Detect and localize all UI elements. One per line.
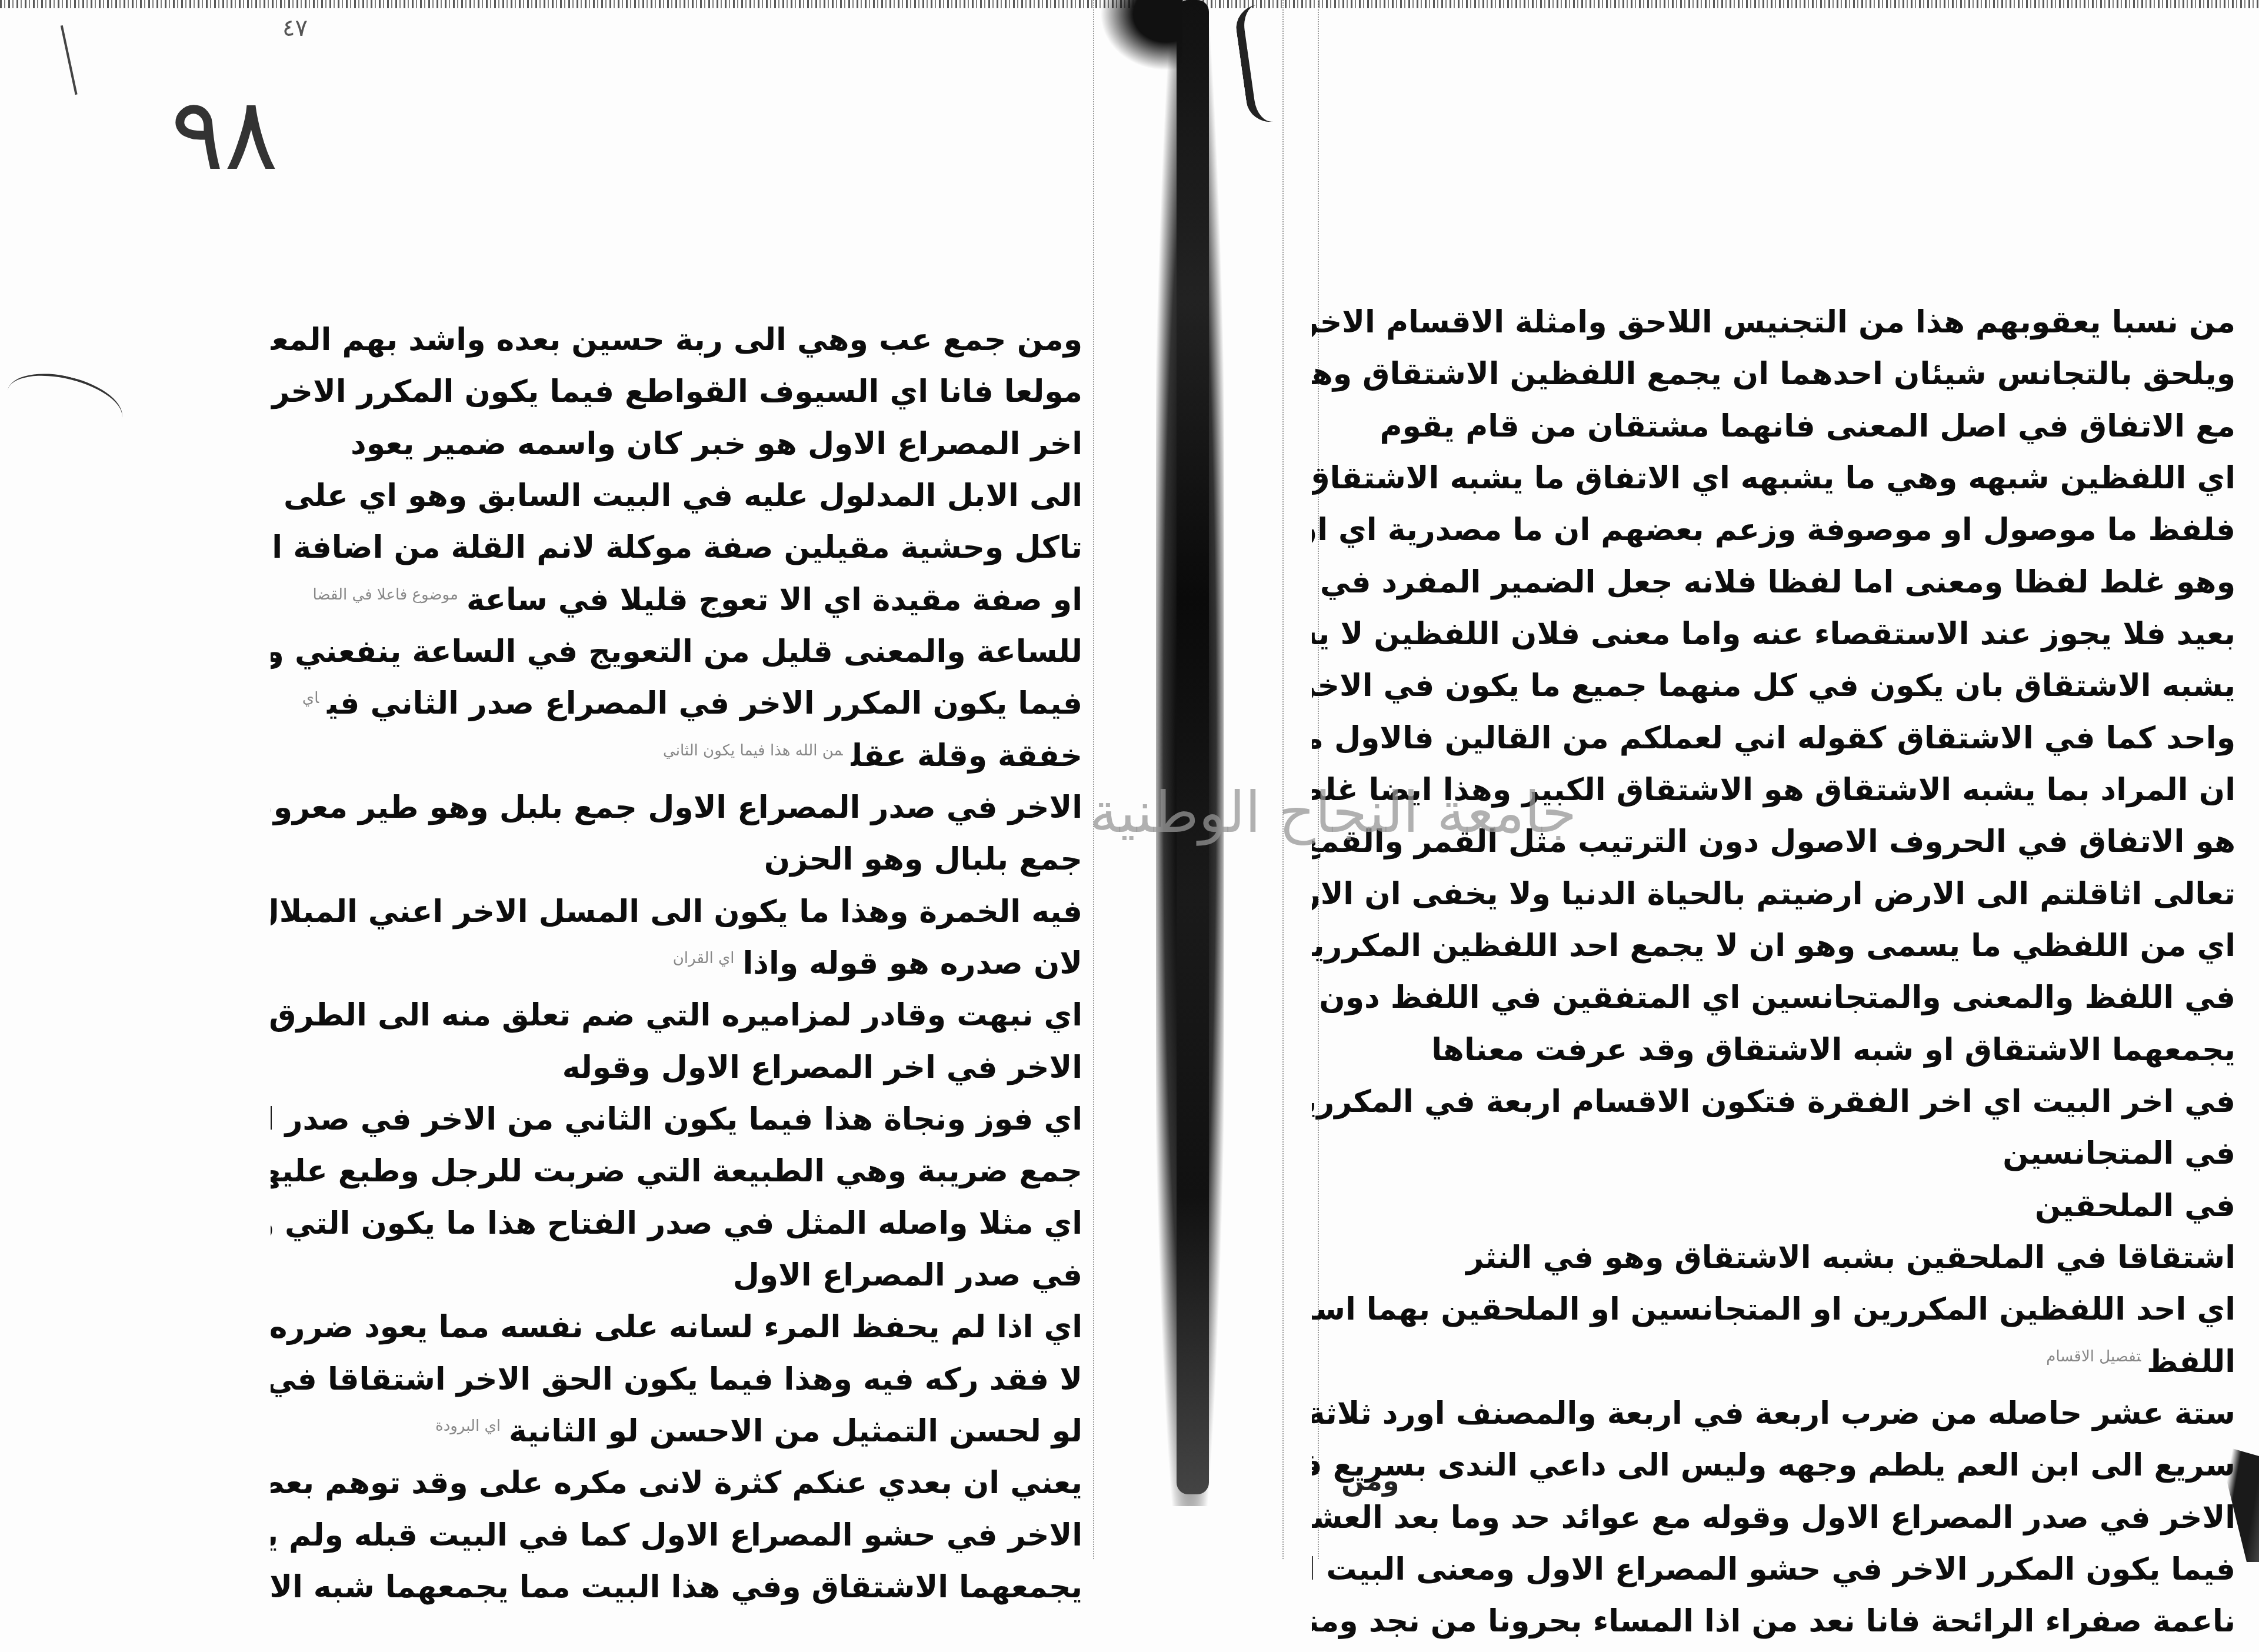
text-line: للساعة والمعنى قليل من التعويج في الساعة… bbox=[271, 624, 1082, 675]
text-line: وهو غلط لفظا ومعنى اما لفظا فلانه جعل ال… bbox=[1312, 554, 2235, 606]
text-line: فيما يكون المكرر الاخر في المصراع صدر ال… bbox=[271, 675, 1082, 727]
text-line: في المتجانسين bbox=[1312, 1125, 2235, 1177]
text-line: يجمعهما الاشتقاق او شبه الاشتقاق وقد عرف… bbox=[1312, 1022, 2235, 1074]
text-line: اي مثلا واصله المثل في صدر الفتاح هذا ما… bbox=[271, 1195, 1082, 1247]
text-line: ناعمة صفراء الرائحة فانا نعد من اذا المس… bbox=[1312, 1593, 2235, 1645]
text-line: في صدر المصراع الاول bbox=[271, 1247, 1082, 1299]
text-line: بعيد فلا يجوز عند الاستقصاء عنه واما معن… bbox=[1312, 606, 2235, 658]
text-line: اي من اللفظي ما يسمى وهو ان لا يجمع احد … bbox=[1312, 918, 2235, 970]
text-line: مولعا فانا اي السيوف القواطع فيما يكون ا… bbox=[271, 364, 1082, 415]
text-line: اي احد اللفظين المكررين او المتجانسين او… bbox=[1312, 1281, 2235, 1333]
text-line: جمع ضريبة وهي الطبيعة التي ضربت للرجل وط… bbox=[271, 1143, 1082, 1195]
text-line: لان صدره هو قوله واذااي القران bbox=[271, 935, 1082, 987]
library-watermark: جامعة النجاح الوطنية bbox=[959, 780, 1577, 845]
text-line: في الملحقين bbox=[1312, 1178, 2235, 1230]
text-line: خفقة وقلة عقلمن الله هذا فيما يكون الثان… bbox=[271, 728, 1082, 780]
book-spine bbox=[1177, 0, 1209, 1494]
text-line: تعالى اثاقلتم الى الارض ارضيتم بالحياة ا… bbox=[1312, 866, 2235, 918]
text-line: في اللفظ والمعنى والمتجانسين اي المتفقين… bbox=[1312, 970, 2235, 1021]
text-line: يجمعهما الاشتقاق وفي هذا البيت مما يجمعه… bbox=[271, 1559, 1082, 1611]
text-line: الاخر في حشو المصراع الاول كما في البيت … bbox=[271, 1507, 1082, 1559]
text-line: اي اذا لم يحفظ المرء لسانه على نفسه مما … bbox=[271, 1299, 1082, 1351]
text-line: ومن جمع عب وهي الى ربة حسين بعده واشد به… bbox=[271, 312, 1082, 364]
spine-ink-blot bbox=[1100, 0, 1182, 71]
text-line: لا فقد ركه فيه وهذا فيما يكون الحق الاخر… bbox=[271, 1351, 1082, 1403]
folio-number: ٩٨ bbox=[171, 76, 278, 193]
text-line: واحد كما في الاشتقاق كقوله اني لعملكم من… bbox=[1312, 710, 2235, 762]
text-line: او صفة مقيدة اي الا تعوج قليلا في ساعةمو… bbox=[271, 572, 1082, 624]
text-line: يعني ان بعدي عنكم كثرة لانى مكره على وقد… bbox=[271, 1455, 1082, 1507]
text-line: يشبه الاشتقاق بان يكون في كل منهما جميع … bbox=[1312, 658, 2235, 710]
text-line: اي فوز ونجاة هذا فيما يكون الثاني من الا… bbox=[271, 1091, 1082, 1143]
catchword: ومن bbox=[1341, 1465, 1399, 1497]
text-line: الى الابل المدلول عليه في البيت السابق و… bbox=[271, 468, 1082, 519]
text-line: ويلحق بالتجانس شيئان احدهما ان يجمع اللف… bbox=[1312, 346, 2235, 398]
text-line: في اخر البيت اي اخر الفقرة فتكون الاقسام… bbox=[1312, 1074, 2235, 1125]
text-line: لو لحسن التمثيل من الاحسن لو الثانيةاي ا… bbox=[271, 1403, 1082, 1455]
text-line: فلفظ ما موصول او موصوفة وزعم بعضهم ان ما… bbox=[1312, 502, 2235, 554]
text-line: تاكل وحشية مقيلين صفة موكلة لانم القلة م… bbox=[271, 519, 1082, 571]
text-line: اي اللفظين شبهه وهي ما يشبهه اي الاتفاق … bbox=[1312, 450, 2235, 502]
text-line: من نسبا يعقوبهم هذا من التجنيس اللاحق وا… bbox=[1312, 294, 2235, 346]
right-page-text: من نسبا يعقوبهم هذا من التجنيس اللاحق وا… bbox=[1312, 294, 2235, 1646]
text-line: الاخر في صدر المصراع الاول وقوله مع عوائ… bbox=[1312, 1490, 2235, 1541]
text-line: اللفظتفصيل الاقسام bbox=[1312, 1334, 2235, 1385]
text-line: الاخر في اخر المصراع الاول وقوله bbox=[271, 1040, 1082, 1091]
left-page-text: ومن جمع عب وهي الى ربة حسين بعده واشد به… bbox=[271, 312, 1082, 1611]
text-line: مع الاتفاق في اصل المعنى فانهما مشتقان م… bbox=[1312, 398, 2235, 450]
text-line: اي نبهت وقادر لمزاميره التي ضم تعلق منه … bbox=[271, 987, 1082, 1039]
text-line: اخر المصراع الاول هو خبر كان واسمه ضمير … bbox=[271, 416, 1082, 468]
text-line: سريع الى ابن العم يلطم وجهه وليس الى داع… bbox=[1312, 1437, 2235, 1489]
text-line: فيه الخمرة وهذا ما يكون الى المسل الاخر … bbox=[271, 884, 1082, 935]
top-corner-mark: ٤٧ bbox=[282, 15, 308, 42]
text-line: فيما يكون المكرر الاخر في حشو المصراع ال… bbox=[1312, 1541, 2235, 1593]
text-line: اشتقاقا في الملحقين بشبه الاشتقاق وهو في… bbox=[1312, 1230, 2235, 1281]
text-line: ستة عشر حاصله من ضرب اربعة في اربعة والم… bbox=[1312, 1385, 2235, 1437]
